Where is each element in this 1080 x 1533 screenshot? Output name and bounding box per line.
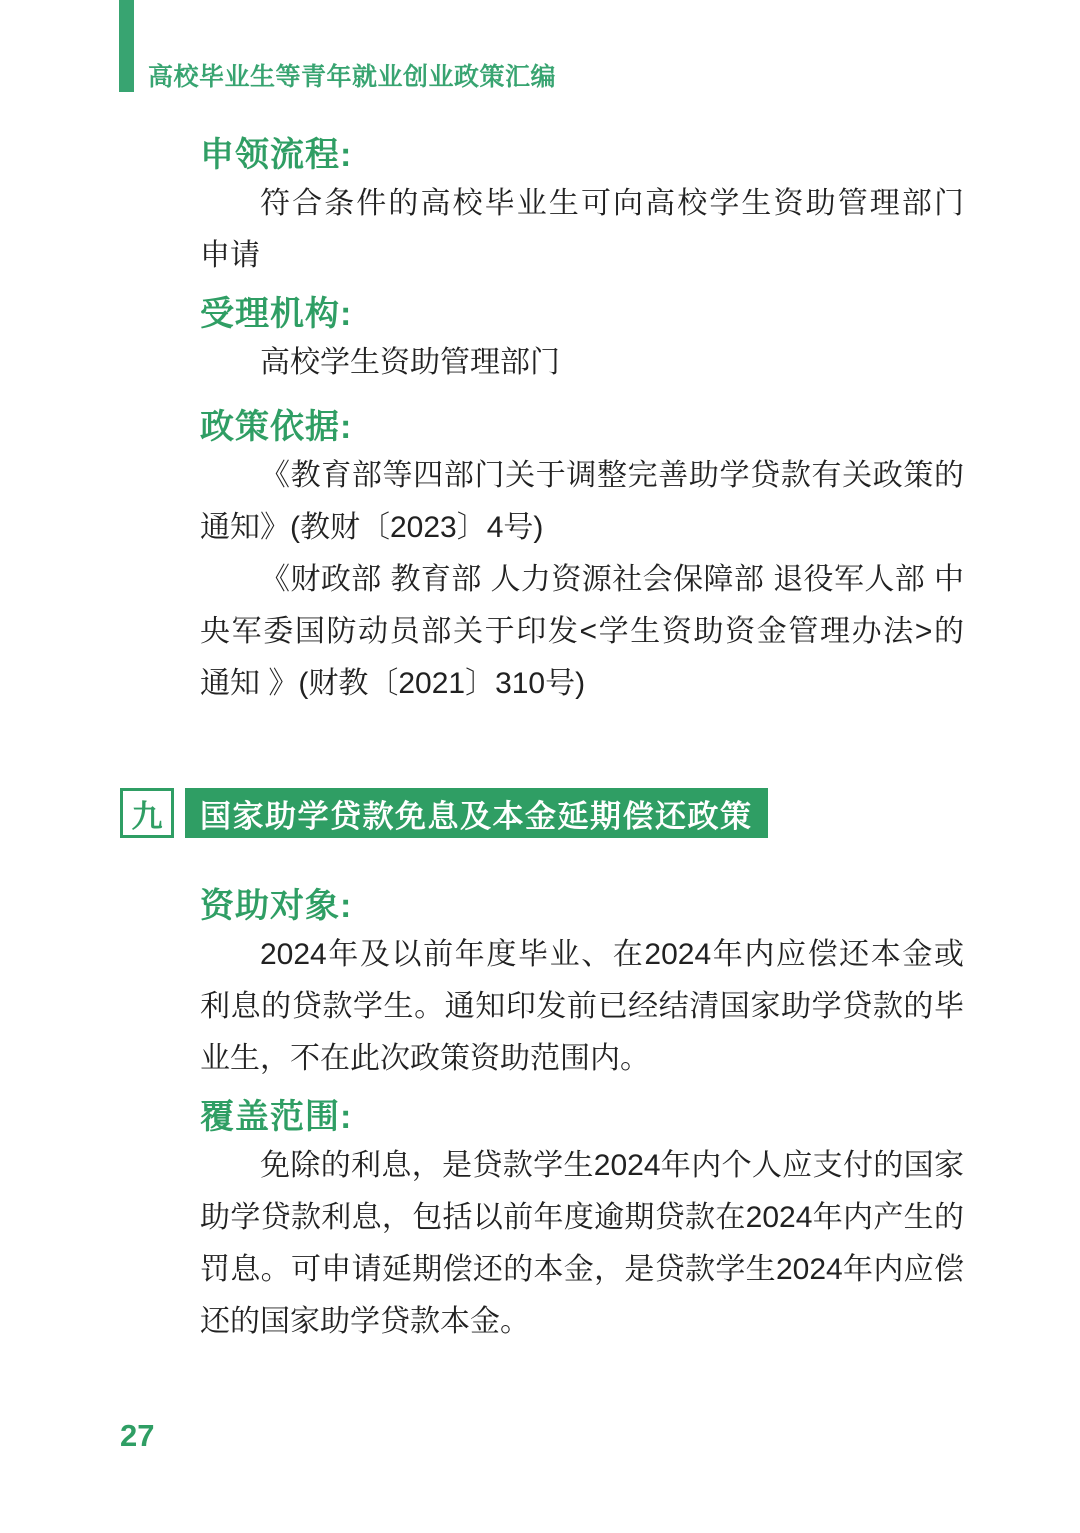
- document-title: 高校毕业生等青年就业创业政策汇编: [148, 57, 556, 93]
- text-line: 通知》(教财〔2023〕4号): [200, 502, 964, 554]
- section-banner-title: 国家助学贷款免息及本金延期偿还政策: [185, 788, 768, 838]
- text-line: 高校学生资助管理部门: [200, 337, 964, 389]
- heading-accepting-agency: 受理机构:: [200, 294, 964, 334]
- paragraph-funding-target: 2024年及以前年度毕业、在2024年内应偿还本金或 利息的贷款学生。通知印发前…: [200, 929, 964, 1085]
- text-line: 还的国家助学贷款本金。: [200, 1296, 964, 1348]
- text-line: 业生，不在此次政策资助范围内。: [200, 1033, 964, 1085]
- text-line: 利息的贷款学生。通知印发前已经结清国家助学贷款的毕: [200, 981, 964, 1033]
- text-line: 《财政部 教育部 人力资源社会保障部 退役军人部 中: [200, 554, 964, 606]
- section-banner: 九 国家助学贷款免息及本金延期偿还政策: [120, 788, 964, 838]
- heading-coverage: 覆盖范围:: [200, 1097, 964, 1137]
- section-number-badge: 九: [120, 788, 174, 838]
- heading-funding-target: 资助对象:: [200, 886, 964, 926]
- heading-policy-basis: 政策依据:: [200, 407, 964, 447]
- header-accent-bar: [119, 0, 134, 92]
- text-line: 助学贷款利息，包括以前年度逾期贷款在2024年内产生的: [200, 1192, 964, 1244]
- text-line: 申请: [200, 230, 964, 282]
- text-line: 免除的利息，是贷款学生2024年内个人应支付的国家: [200, 1140, 964, 1192]
- text-line: 符合条件的高校毕业生可向高校学生资助管理部门: [200, 178, 964, 230]
- page-number: 27: [120, 1418, 154, 1454]
- page-content: 申领流程: 符合条件的高校毕业生可向高校学生资助管理部门 申请 受理机构: 高校…: [0, 135, 1080, 1348]
- text-line: 罚息。可申请延期偿还的本金，是贷款学生2024年内应偿: [200, 1244, 964, 1296]
- heading-apply-process: 申领流程:: [200, 135, 964, 175]
- text-line: 《教育部等四部门关于调整完善助学贷款有关政策的: [200, 450, 964, 502]
- paragraph-accepting-agency: 高校学生资助管理部门: [200, 337, 964, 389]
- document-page: 高校毕业生等青年就业创业政策汇编 申领流程: 符合条件的高校毕业生可向高校学生资…: [0, 0, 1080, 1533]
- paragraph-policy-citation-2: 《财政部 教育部 人力资源社会保障部 退役军人部 中 央军委国防动员部关于印发<…: [200, 554, 964, 710]
- paragraph-apply-process: 符合条件的高校毕业生可向高校学生资助管理部门 申请: [200, 178, 964, 282]
- text-line: 2024年及以前年度毕业、在2024年内应偿还本金或: [200, 929, 964, 981]
- text-line: 通知 》(财教〔2021〕310号): [200, 658, 964, 710]
- paragraph-coverage: 免除的利息，是贷款学生2024年内个人应支付的国家 助学贷款利息，包括以前年度逾…: [200, 1140, 964, 1348]
- text-line: 央军委国防动员部关于印发<学生资助资金管理办法>的: [200, 606, 964, 658]
- paragraph-policy-citation-1: 《教育部等四部门关于调整完善助学贷款有关政策的 通知》(教财〔2023〕4号): [200, 450, 964, 554]
- page-header: 高校毕业生等青年就业创业政策汇编: [0, 0, 1080, 92]
